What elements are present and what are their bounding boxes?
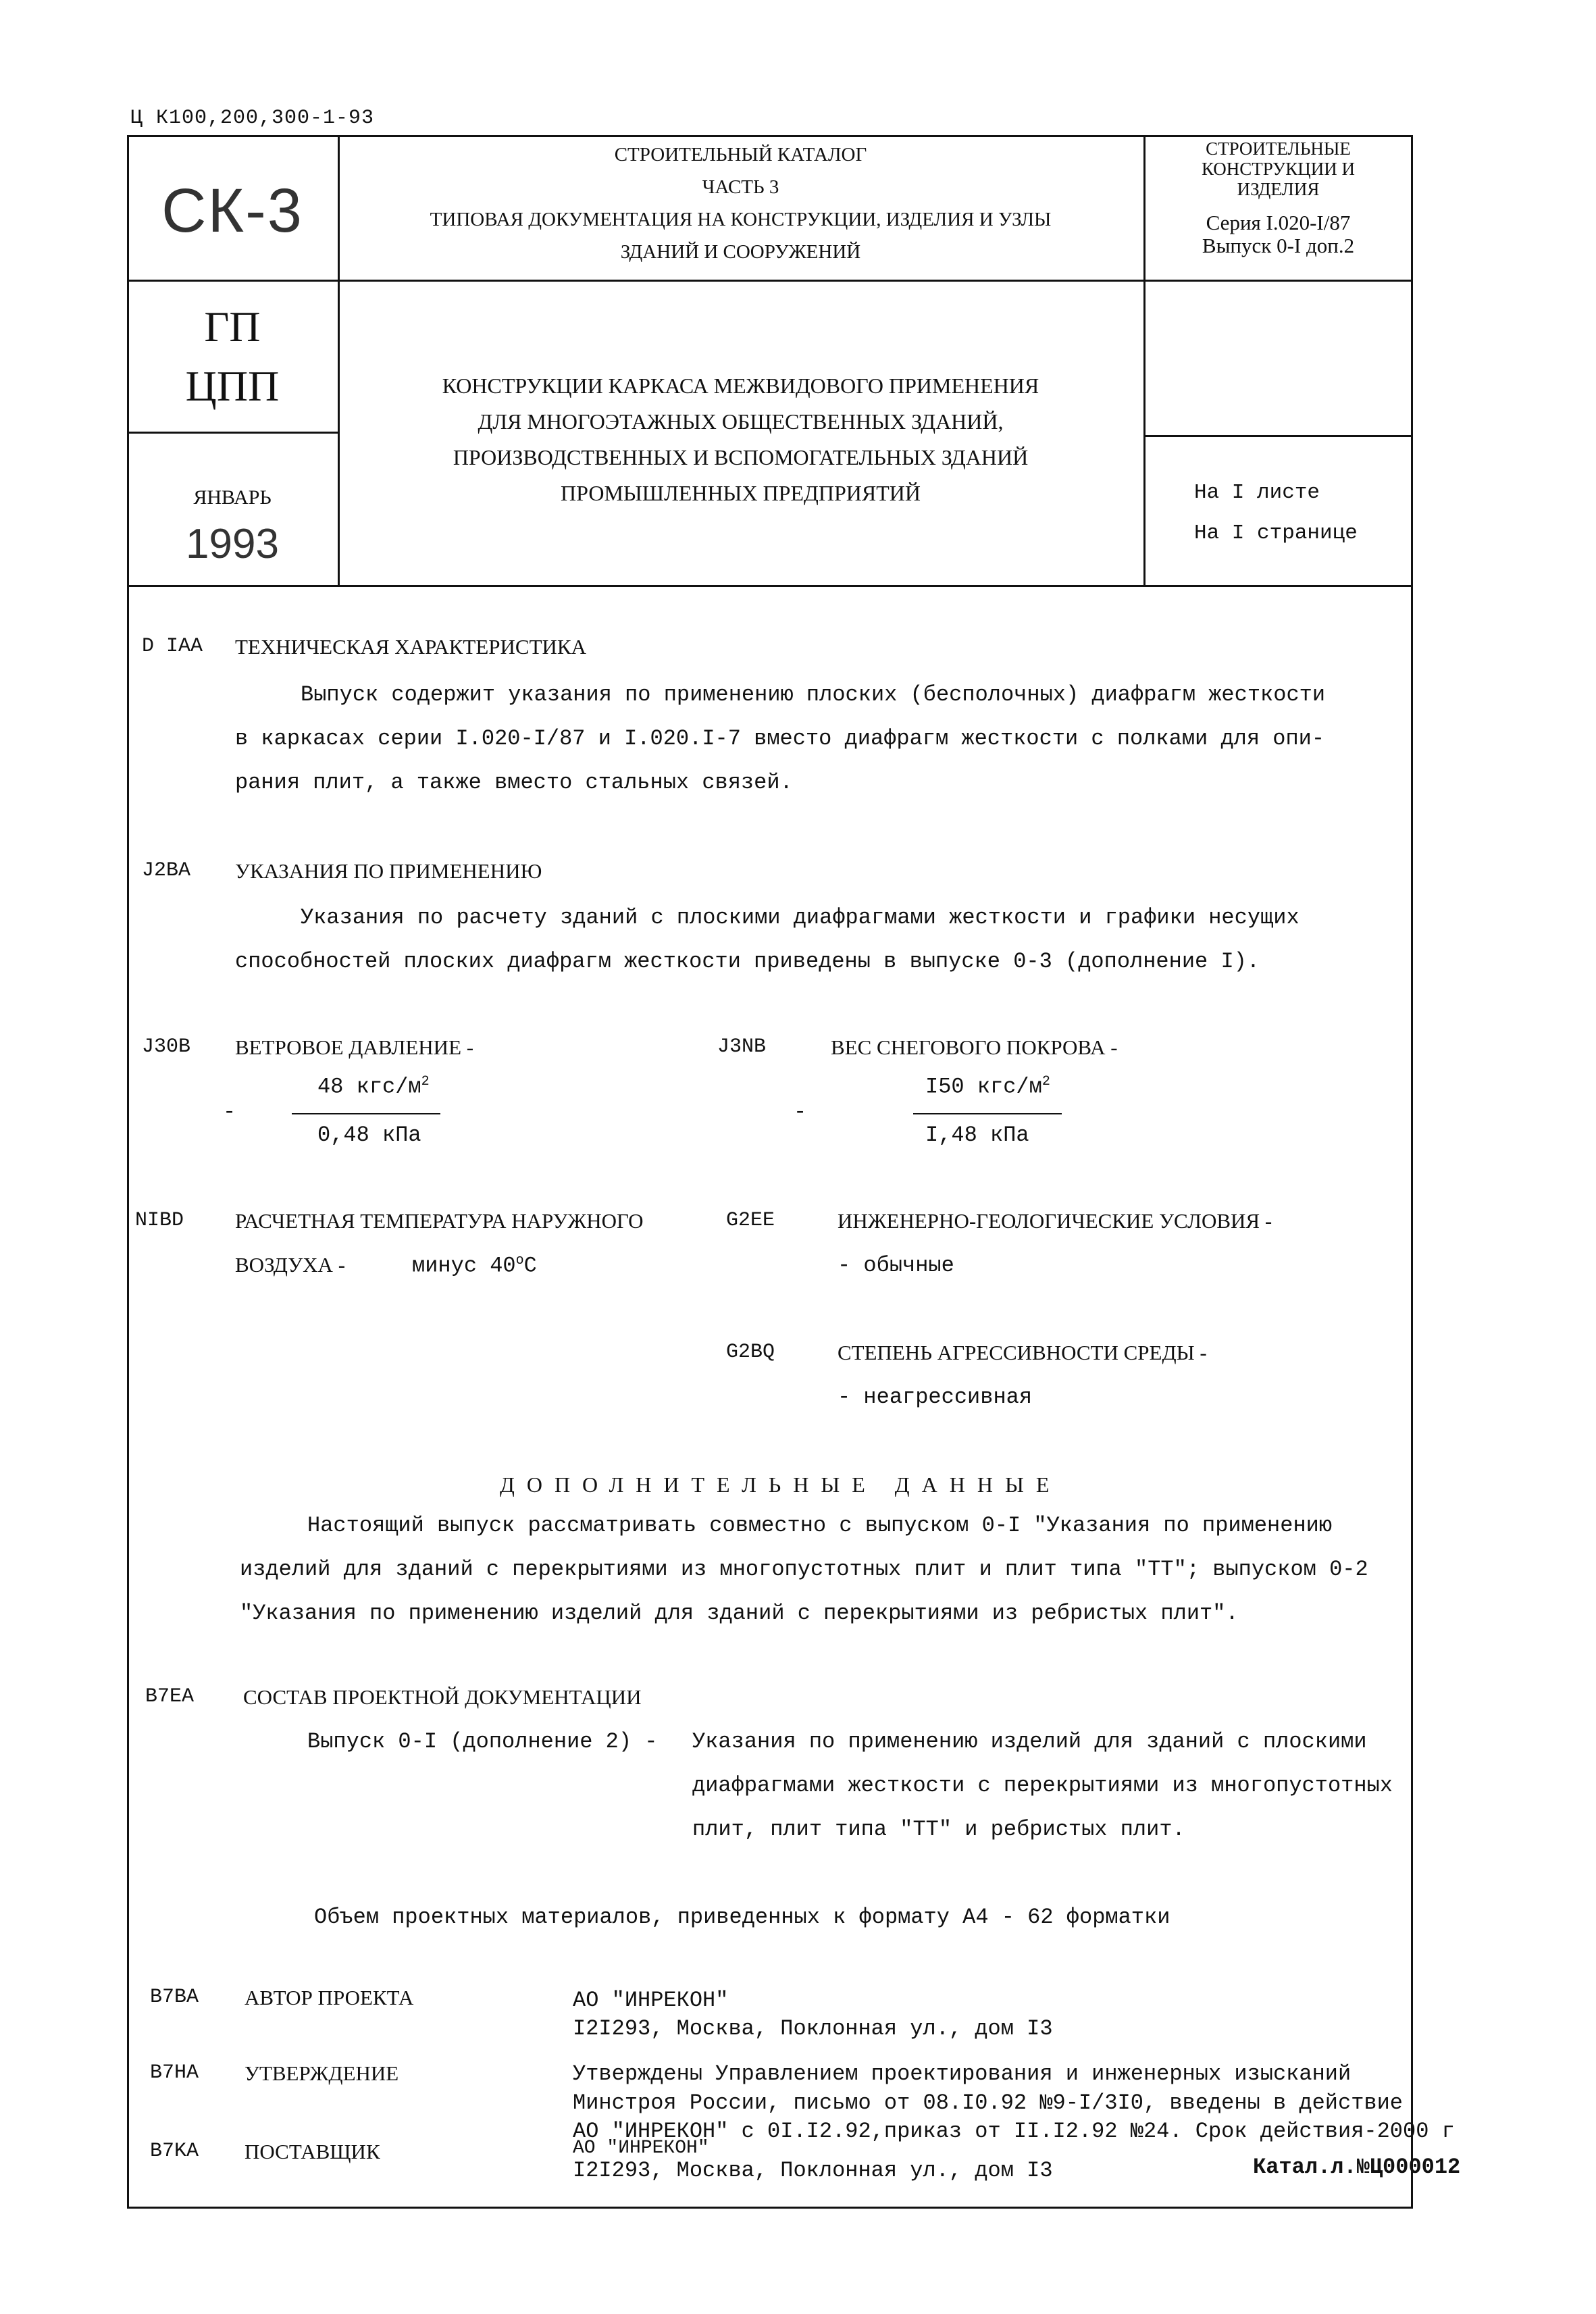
section-code-wind: J30B (142, 1035, 190, 1058)
section-heading-aggr: СТЕПЕНЬ АГРЕССИВНОСТИ СРЕДЫ - (838, 1341, 1207, 1365)
section-code-supplier: B7KA (150, 2140, 199, 2163)
dash: - (794, 1100, 806, 1125)
extra-text-line: "Указания по применению изделий для здан… (240, 1601, 1239, 1626)
organization-block: ГП ЦПП (127, 297, 338, 416)
catalog-line: ТИПОВАЯ ДОКУМЕНТАЦИЯ НА КОНСТРУКЦИИ, ИЗД… (338, 203, 1143, 236)
snow-value-kpa: I,48 кПа (925, 1123, 1029, 1148)
title-line: ДЛЯ МНОГОЭТАЖНЫХ ОБЩЕСТВЕННЫХ ЗДАНИЙ, (338, 404, 1143, 440)
header-row1-line (127, 280, 1413, 282)
catalog-line: СТРОИТЕЛЬНЫЙ КАТАЛОГ (338, 138, 1143, 171)
catalog-line: ЗДАНИЙ И СООРУЖЕНИЙ (338, 236, 1143, 268)
series-number: Серия I.020-I/87 (1143, 211, 1413, 234)
section-code-approval: B7HA (150, 2061, 199, 2084)
catalog-sheet-number: Катал.л.№Ц000012 (1253, 2155, 1460, 2180)
section-heading-supplier: ПОСТАВЩИК (244, 2140, 380, 2164)
catalog-mark: СК-3 (127, 176, 338, 247)
section-line: КОНСТРУКЦИИ И (1143, 159, 1413, 179)
title-line: КОНСТРУКЦИИ КАРКАСА МЕЖВИДОВОГО ПРИМЕНЕН… (338, 368, 1143, 404)
approval-line: Утверждены Управлением проектирования и … (573, 2061, 1351, 2086)
author-line: АО "ИНРЕКОН" (573, 1988, 728, 2013)
issue-year: 1993 (127, 520, 338, 568)
section-code-aggr: G2BQ (726, 1341, 775, 1364)
usage-text-line: способностей плоских диафрагм жесткости … (235, 949, 1260, 974)
section-code-tech: D IAA (142, 635, 203, 658)
section-code-docs: B7EA (145, 1685, 194, 1708)
left-cell-divider (127, 432, 338, 434)
catalog-title-block: СТРОИТЕЛЬНЫЙ КАТАЛОГ ЧАСТЬ 3 ТИПОВАЯ ДОК… (338, 138, 1143, 268)
section-heading-usage: УКАЗАНИЯ ПО ПРИМЕНЕНИЮ (235, 859, 542, 883)
document-title: КОНСТРУКЦИИ КАРКАСА МЕЖВИДОВОГО ПРИМЕНЕН… (338, 368, 1143, 511)
docs-item-label: Выпуск 0-I (дополнение 2) - (307, 1729, 657, 1754)
section-code-snow: J3NB (717, 1035, 766, 1058)
fraction-line (913, 1113, 1062, 1114)
dash: - (223, 1100, 236, 1125)
section-line: СТРОИТЕЛЬНЫЕ (1143, 138, 1413, 159)
extra-text-line: изделий для зданий с перекрытиями из мно… (240, 1557, 1368, 1582)
docs-volume: Объем проектных материалов, приведенных … (314, 1905, 1170, 1930)
wind-value-kgf: 48 кгс/м2 (317, 1074, 430, 1100)
usage-text-line: Указания по расчету зданий с плоскими ди… (301, 905, 1299, 930)
docs-item-line: диафрагмами жесткости с перекрытиями из … (692, 1773, 1393, 1798)
section-heading-geo: ИНЖЕНЕРНО-ГЕОЛОГИЧЕСКИЕ УСЛОВИЯ - (838, 1209, 1272, 1233)
org-line: ЦПП (127, 357, 338, 416)
tech-text-line: Выпуск содержит указания по применению п… (301, 682, 1325, 707)
snow-value-kgf: I50 кгс/м2 (925, 1074, 1050, 1100)
section-heading-docs: СОСТАВ ПРОЕКТНОЙ ДОКУМЕНТАЦИИ (243, 1685, 642, 1709)
title-line: ПРОИЗВОДСТВЕННЫХ И ВСПОМОГАТЕЛЬНЫХ ЗДАНИ… (338, 440, 1143, 475)
section-code-usage: J2BA (142, 859, 190, 882)
title-line: ПРОМЫШЛЕННЫХ ПРЕДПРИЯТИЙ (338, 475, 1143, 511)
catalog-line: ЧАСТЬ 3 (338, 171, 1143, 203)
section-heading-approval: УТВЕРЖДЕНИЕ (244, 2061, 398, 2086)
wind-value-kpa: 0,48 кПа (317, 1123, 421, 1148)
geo-value: - обычные (838, 1253, 954, 1278)
section-heading-temp-2: ВОЗДУХА - (235, 1253, 345, 1277)
section-heading-wind: ВЕТРОВОЕ ДАВЛЕНИЕ - (235, 1035, 473, 1060)
section-heading-tech: ТЕХНИЧЕСКАЯ ХАРАКТЕРИСТИКА (235, 635, 586, 659)
aggr-value: - неагрессивная (838, 1385, 1032, 1410)
sheet-count: На I листе (1194, 473, 1358, 513)
author-line: I2I293, Москва, Поклонная ул., дом I3 (573, 2016, 1053, 2041)
page-count: На I странице (1194, 513, 1358, 554)
section-code-author: B7BA (150, 1986, 199, 2009)
docs-item-line: Указания по применению изделий для здани… (692, 1729, 1367, 1754)
supplier-line: I2I293, Москва, Поклонная ул., дом I3 (573, 2158, 1053, 2183)
header-bottom-line (127, 585, 1413, 587)
issue-month: ЯНВАРЬ (127, 486, 338, 509)
section-heading-author: АВТОР ПРОЕКТА (244, 1986, 413, 2010)
document-code: Ц К100,200,300-1-93 (130, 107, 374, 130)
tech-text-line: рания плит, а также вместо стальных связ… (235, 770, 793, 795)
section-line: ИЗДЕЛИЯ (1143, 179, 1413, 199)
fraction-line (292, 1113, 440, 1114)
issue-number: Выпуск 0-I доп.2 (1143, 234, 1413, 257)
sheet-count-block: На I листе На I странице (1194, 473, 1358, 554)
extra-text-line: Настоящий выпуск рассматривать совместно… (307, 1513, 1332, 1538)
tech-text-line: в каркасах серии I.020-I/87 и I.020.I-7 … (235, 726, 1324, 751)
section-code-temp: NIBD (135, 1209, 184, 1232)
section-heading-extra: ДОПОЛНИТЕЛЬНЫЕ ДАННЫЕ (500, 1472, 1061, 1497)
section-block: СТРОИТЕЛЬНЫЕ КОНСТРУКЦИИ И ИЗДЕЛИЯ Серия… (1143, 138, 1413, 257)
section-code-geo: G2EE (726, 1209, 775, 1232)
section-heading-temp: РАСЧЕТНАЯ ТЕМПЕРАТУРА НАРУЖНОГО (235, 1209, 644, 1233)
approval-line: Минстроя России, письмо от 08.I0.92 №9-I… (573, 2090, 1403, 2115)
temp-value: минус 40оС (412, 1253, 537, 1279)
section-heading-snow: ВЕС СНЕГОВОГО ПОКРОВА - (831, 1035, 1118, 1060)
docs-item-line: плит, плит типа "ТТ" и ребристых плит. (692, 1817, 1185, 1842)
org-line: ГП (127, 297, 338, 357)
supplier-line: АО "ИНРЕКОН" (573, 2138, 709, 2159)
right-cell-divider (1143, 435, 1413, 437)
